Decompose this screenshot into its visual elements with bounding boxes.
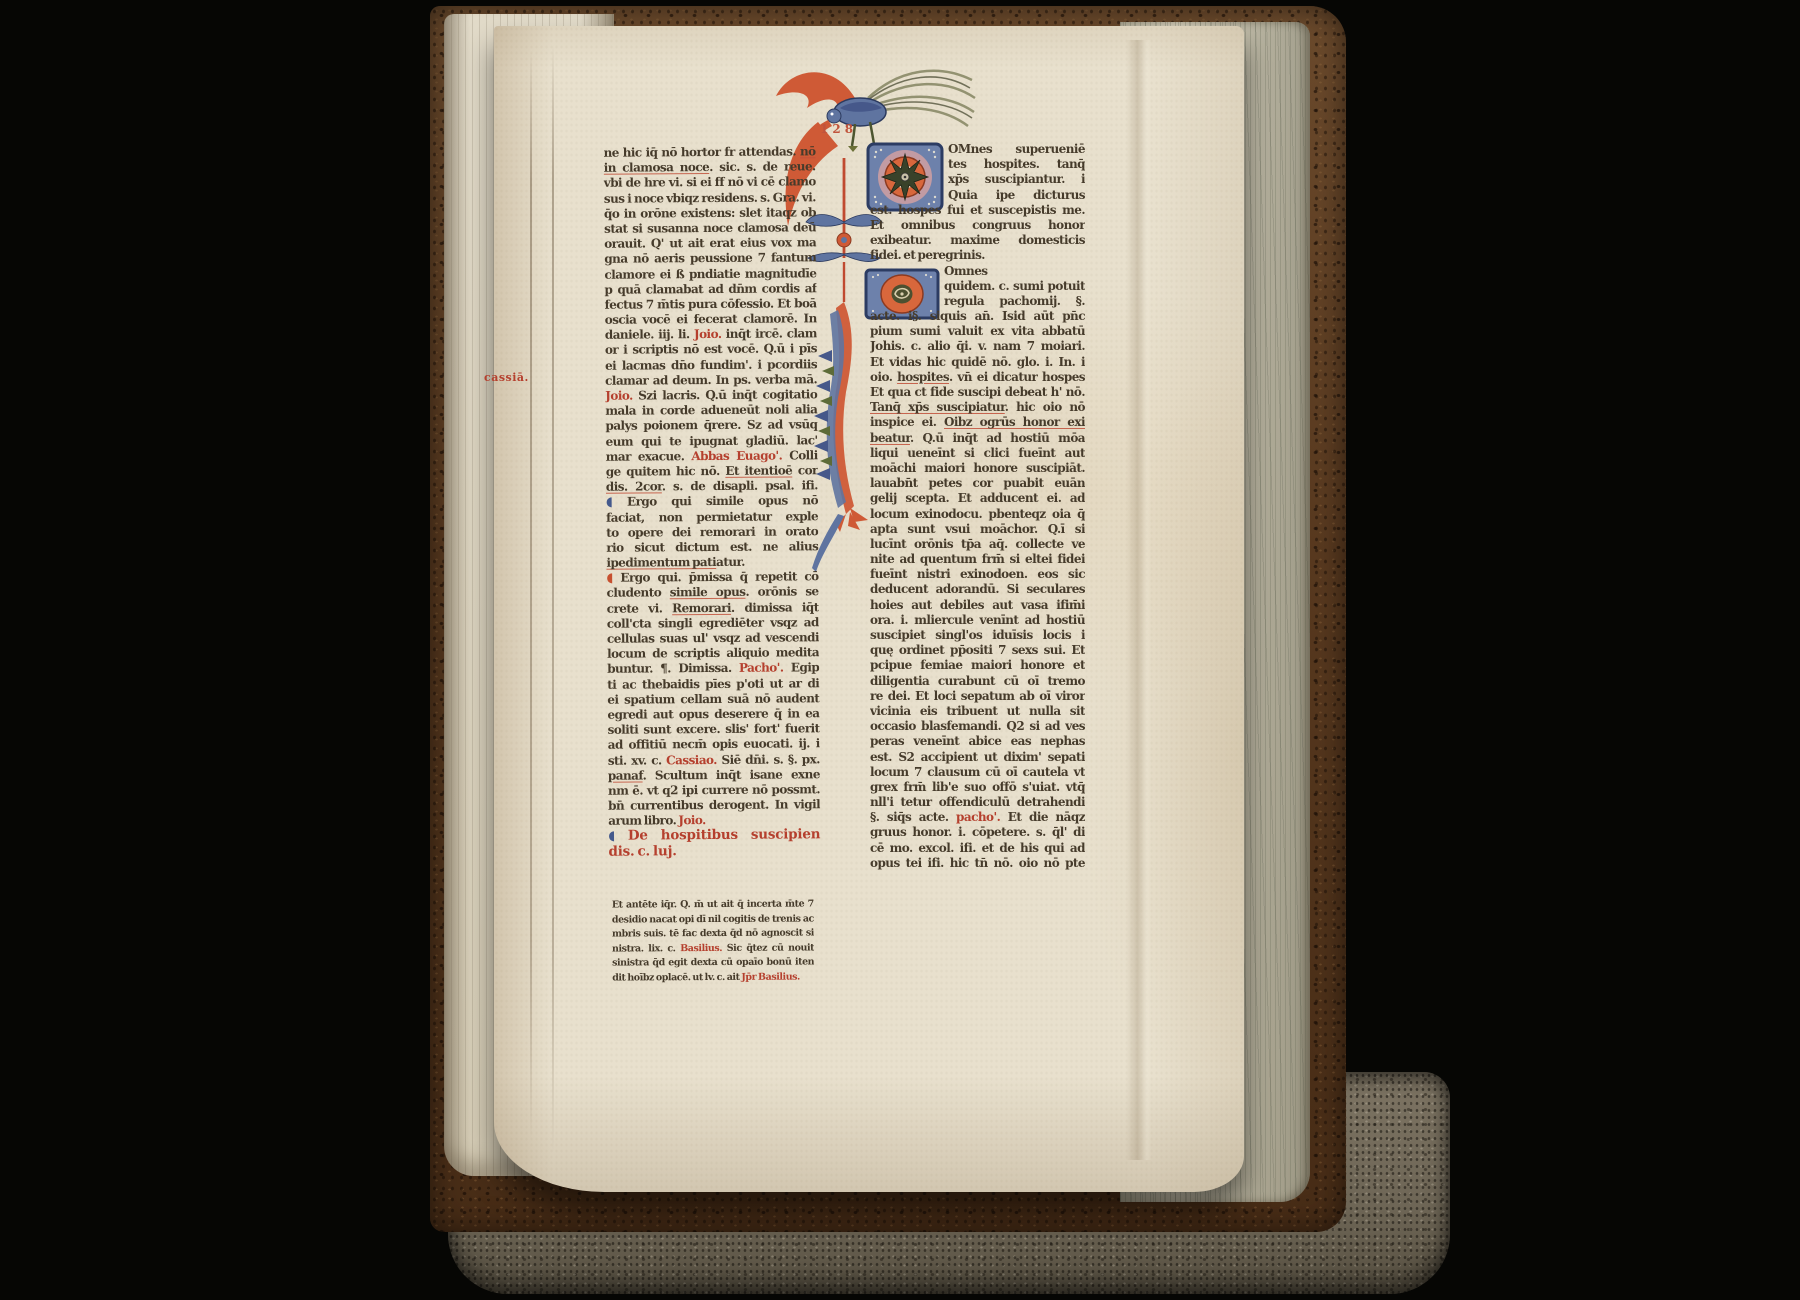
gutter-fold-line (552, 44, 554, 1154)
text-line: palys poionem q̄rere. Sz ad vsūq (605, 418, 817, 435)
text-line: ◖ Ergo qui simile opus nō (606, 494, 818, 511)
text-line: lucīnt orōnis tp̄a aq̄. collecte ve (870, 537, 1085, 552)
text-line: nm ē. vt q2 ipi currere nō possmt. (608, 782, 820, 799)
text-line: ora. i. mliercule venīnt ad hostiū (870, 613, 1085, 628)
text-line: apta sunt vsui moāchor. Q.ī si (870, 522, 1085, 537)
text-line: hoies aut debiles aut vasa ifim̄i (870, 598, 1085, 613)
text-line: or i scriptis nō est vocē. Q.ū i pīs (605, 342, 817, 359)
gutter-fold-line (530, 50, 532, 1140)
text-line: fidei. et peregrinis. (870, 248, 1085, 263)
text-line: ◖ Ergo qui. p̄missa q̄ repetit cō (606, 570, 818, 587)
text-line: clamore ei ß pndiatie magnitudīe (604, 266, 816, 283)
text-line: dis. 2cor. s. de disapli. psal. ifi. (606, 478, 818, 495)
text-line: beatur. Q.ū inq̄t ad hostiū mōa (870, 431, 1085, 446)
text-line: locum exinodocu. pbenteqz oia q̄ (870, 507, 1085, 522)
text-line: cludento simile opus. orōnis se (607, 585, 819, 602)
text-line: gna nō aeris peussione 7 fantum (604, 251, 816, 268)
text-line: stat si susanna noce clamosa deū (604, 220, 816, 237)
text-line: Tanq̄ xp̄s suscipiatur. hic oio nō (870, 400, 1085, 415)
footnote-block: Et antēte iq̄r. Q. m̄ ut ait q̄ incerta … (612, 897, 814, 985)
text-line: suscipiet singl'os iduīsis locis i (870, 628, 1085, 643)
text-line: liqui ueneīnt si clici fueīnt aut (870, 446, 1085, 461)
text-line: tes hospites. tanq̄ (870, 157, 1085, 172)
text-line: vicinia eis tribuent ut nulla sit (870, 704, 1085, 719)
text-line: mbris suis. tē fac dexta q̄d nō agnoscit… (612, 926, 814, 942)
text-line: ti ac thebaidis pīes p'oti ut ar di (607, 676, 819, 693)
text-line: coll'cta singli egrediēter vsqz ad (607, 615, 819, 632)
text-line: dit hoībz oplacē. ut lv. c. ait Jp̄r Bas… (612, 970, 814, 986)
text-line: Quia ipe dicturus (870, 188, 1085, 203)
text-line: opus tei ifi. hic tn̄ nō. oio nō pte (870, 856, 1085, 871)
text-line: ge quitem hic nō. Et itentioē cor (606, 463, 818, 480)
text-line: ei spatium cellam suā nō audent (607, 691, 819, 708)
text-line: rio sicut dictum est. ne alius (606, 539, 818, 556)
text-line: nll'i tetur offendiculū detrahendi (870, 795, 1085, 810)
right-text-column: OMnes superueniētes hospites. tanq̄xp̄s … (870, 142, 1085, 871)
text-line: mala in corde adueneūt noli alia (605, 402, 817, 419)
text-line: lauabn̄t petes cor puabit euān (870, 476, 1085, 491)
text-line: daniele. iij. li. Joio. inq̄t ircē. clam (605, 327, 817, 344)
text-line: cellulas suas ul' vsqz ad vescendi (607, 630, 819, 647)
text-line: to opere dei remorari in orato (606, 524, 818, 541)
text-line: panaf. Scultum inq̄t isane exne (608, 767, 820, 784)
text-line: fueīnt nistri exinodoen. eos sic (870, 567, 1085, 582)
text-line: Omnes superuenienter. hoc (870, 264, 1085, 279)
text-line: exibeatur. maxime domesticis (870, 233, 1085, 248)
text-line: occasio blasfemandi. Q2 si ad ves (870, 719, 1085, 734)
text-line: Johis. c. alio q̄i. v. nam 7 moiari. (870, 339, 1085, 354)
text-line: clamar ad deum. In ps. verba mā. (605, 372, 817, 389)
text-line: sinistra q̄d egit dexta cū opaīo bonū it… (612, 955, 814, 971)
text-line: vbi de hre vi. si ei ff nō vi cē clamo (604, 175, 816, 192)
text-line: q̄o in orōne existens: slet itaqz ob (604, 205, 816, 222)
text-line: sti. xv. c. Cassiao. Siē dn̄i. s. §. px. (608, 752, 820, 769)
margin-note: cassiā. (484, 371, 529, 384)
text-line: Et vidas hic quidē nō. glo. i. In. i (870, 355, 1085, 370)
text-line: gruus honor. i. cōpetere. s. q̄l' di (870, 825, 1085, 840)
page-crease-shadow (1126, 40, 1152, 1160)
text-line: gelij scepta. Et adducent ei. ad (870, 491, 1085, 506)
text-line: §. siq̄s acte. pacho'. Et die nāqz (870, 810, 1085, 825)
text-line: quę ordinet pp̄ositi 7 sexs sui. Et (870, 643, 1085, 658)
text-line: acte. i§. siquis an̄. Isid aūt pn̄c (870, 309, 1085, 324)
text-line: in clamosa noce. sic. s. de reue. ora. (604, 159, 816, 176)
text-line: locum 7 clausum cū oī cautela vt (870, 765, 1085, 780)
text-line: egredi aut opus deserere q̄ in ea (607, 706, 819, 723)
text-line: re dei. Et loci sepatum ab oī viror (870, 689, 1085, 704)
text-line: OMnes superueniē (870, 142, 1085, 157)
text-line: deducent adorandū. Si seculares (870, 582, 1085, 597)
text-line: diligentia curabunt cū oī tremo (870, 674, 1085, 689)
text-line: orauit. Q' ut ait erat eius vox ma (604, 235, 816, 252)
text-line: Et qua ct fide suscipi debeat h' nō. (870, 385, 1085, 400)
text-line: moāchi maiori honore suscipiāt. (870, 461, 1085, 476)
text-line: crete vi. Remorari. dimissa iq̄t (607, 600, 819, 617)
text-line: ne hic iq̄ nō hortor fr attendas. nō (604, 144, 816, 161)
text-line: Et antēte iq̄r. Q. m̄ ut ait q̄ incerta … (612, 897, 814, 913)
text-line: p quā clamabat ad dn̄m cordis af (604, 281, 816, 298)
text-line: desidio nacat opi dī nil cogitis de tren… (612, 912, 814, 928)
text-line: bn̄ currentibus derogent. In vigil (608, 797, 820, 814)
text-line: est. hospes fui et suscepistis me. (870, 203, 1085, 218)
text-line: nistra. lix. c. Basilius. Sic q̄tez cū n… (612, 941, 814, 957)
text-line: quidem. c. sumi potuit ex (870, 279, 1085, 294)
text-line: dis. c. luj. (608, 843, 820, 860)
text-line: oscia vocē ei fecerat clamorē. In (605, 311, 817, 328)
text-line: eum qui te ipugnat gladiū. lac' (606, 433, 818, 450)
text-line: xp̄s suscipiantur. i (870, 172, 1085, 187)
text-line: pium sumi valuit ex vita abbatū (870, 324, 1085, 339)
text-line: fectus 7 m̄tis pura cōfessio. Et boā (605, 296, 817, 313)
text-line: ad offitiū necm̄ opis euocati. ij. i (608, 737, 820, 754)
text-line: inspice ei. Oibz ogrūs honor exi (870, 415, 1085, 430)
text-line: locum de scriptis aliquio medita (607, 645, 819, 662)
text-line: arum libro. Joio. (608, 813, 820, 830)
text-line: soliti sunt excere. slis' fort' fuerit (608, 721, 820, 738)
text-line: faciat, non permietatur exple (606, 509, 818, 526)
text-line: Et omnibus congruus honor (870, 218, 1085, 233)
text-line: ◖ De hospitibus suscipien (608, 828, 820, 845)
text-line: grex frm̄ lib'e suo offō s'uiat. vtq̄ (870, 780, 1085, 795)
folio-page-number: 128 (820, 122, 857, 136)
text-line: cē mo. excol. ifi. et de his qui ad (870, 841, 1085, 856)
text-line: oio. hospites. vn̄ ei dicatur hospes (870, 370, 1085, 385)
text-line: buntur. ¶. Dimissa. Pacho'. Egip (607, 661, 819, 678)
text-line: pcipue femiae maiori honore et (870, 658, 1085, 673)
text-line: nite ad quentum frm̄ si eltei fidei (870, 552, 1085, 567)
text-line: mar exacue. Abbas Euago'. Colli (606, 448, 818, 465)
text-line: Joio. Szi lacris. Q.ū inq̄t cogitatio (605, 387, 817, 404)
text-line: peras veneīnt abice eas nephas (870, 734, 1085, 749)
manuscript-photo: { "meta": { "description": "Photograph o… (0, 0, 1800, 1300)
left-text-column: ne hic iq̄ nō hortor fr attendas. nōin c… (604, 144, 821, 859)
text-line: sus i noce vbiqz residens. s. Gra. vi. (604, 190, 816, 207)
text-line: regula pachomij. §. siq̄s (870, 294, 1085, 309)
text-line: ei lacmas dn̄o fundim'. i pcordiis (605, 357, 817, 374)
text-line: ipedimentum patiatur. (606, 554, 818, 571)
text-line: est. S2 accipient ut dixim' sepati (870, 750, 1085, 765)
